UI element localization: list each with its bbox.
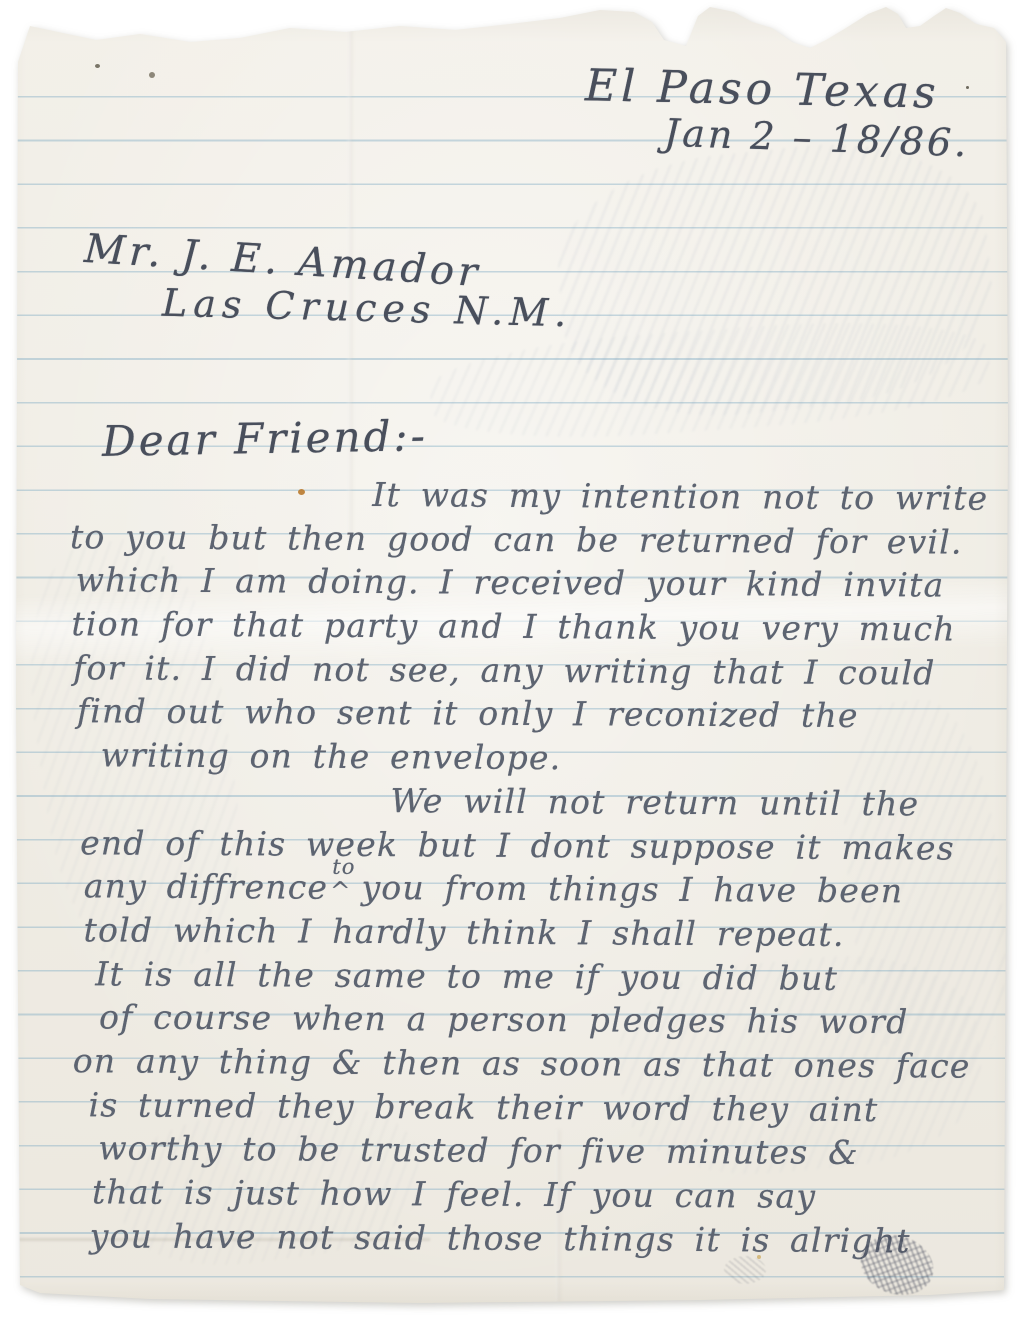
body-line: which I am doing. I received your kind i… — [64, 558, 1014, 607]
body-line: told which I hardly think I shall repeat… — [61, 908, 1011, 957]
salutation: Dear Friend:- — [102, 411, 429, 466]
dateline-place: El Paso Texas — [585, 60, 941, 118]
body-line: for it. I did not see, any writing that … — [63, 646, 1013, 695]
body-line: is turned they break their word they ain… — [60, 1083, 1010, 1132]
torn-lined-paper: El Paso Texas Jan 2 – 18/86. Mr. J. E. A… — [0, 0, 1024, 1317]
paper-speck — [95, 64, 100, 68]
foxing-dot — [757, 1255, 761, 1259]
graphite-smudge — [724, 1256, 766, 1284]
body-line: writing on the envelope. — [63, 733, 1013, 782]
paper-shadow-wrap: El Paso Texas Jan 2 – 18/86. Mr. J. E. A… — [0, 0, 1024, 1317]
paper-speck — [149, 72, 155, 78]
body-line: find out who sent it only I reconized th… — [63, 690, 1013, 739]
inserted-word: to — [332, 846, 355, 890]
body-line: We will not return until the — [62, 777, 1012, 826]
body-line: of course when a person pledges his word — [61, 995, 1011, 1044]
body-line-pre: any diffrence — [84, 866, 329, 906]
scanned-letter-page: El Paso Texas Jan 2 – 18/86. Mr. J. E. A… — [0, 0, 1024, 1317]
body-line-with-insertion: any diffrenceto^you from things I have b… — [62, 864, 1012, 913]
inserted-word-above-caret: to^ — [330, 866, 352, 914]
paper-speck — [966, 86, 969, 89]
body-line: to you but then good can be returned for… — [64, 515, 1014, 564]
letter-body: It was my intention not to write to you … — [60, 471, 1015, 1263]
body-line: that is just how I feel. If you can say — [60, 1170, 1010, 1219]
body-line: end of this week but I dont suppose it m… — [62, 821, 1012, 870]
body-line: It was my intention not to write — [64, 471, 1014, 520]
body-line: tion for that party and I thank you very… — [63, 602, 1013, 651]
body-line: on any thing & then as soon as that ones… — [61, 1039, 1011, 1088]
body-line: worthy to be trusted for five minutes & — [60, 1126, 1010, 1175]
foxing-dot — [298, 489, 305, 495]
body-line: It is all the same to me if you did but — [61, 952, 1011, 1001]
addressee-place: Las Cruces N.M. — [161, 281, 572, 336]
body-line-post: you from things I have been — [361, 868, 903, 910]
